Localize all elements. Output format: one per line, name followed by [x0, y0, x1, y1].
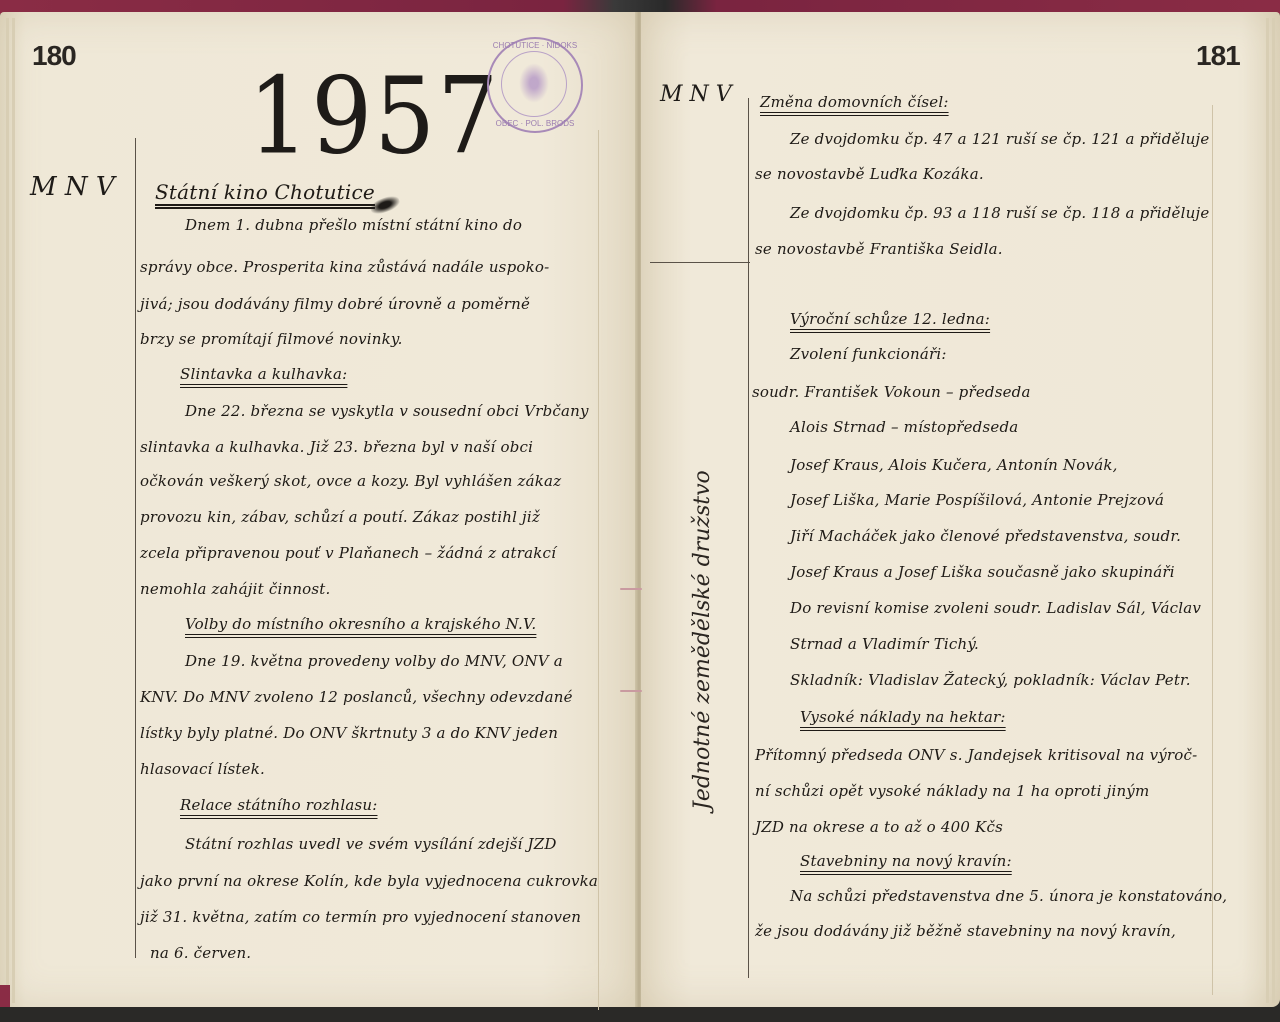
section-heading-house-numbers: Změna domovních čísel:: [760, 93, 949, 111]
margin-note-cooperative: Jednotné zemědělské družstvo: [690, 470, 715, 810]
text-line: Josef Liška, Marie Pospíšilová, Antonie …: [790, 491, 1164, 509]
text-line: jako první na okrese Kolín, kde byla vyj…: [140, 872, 598, 890]
text-line: Ze dvojdomku čp. 47 a 121 ruší se čp. 12…: [790, 130, 1209, 148]
text-line: Do revisní komise zvoleni soudr. Ladisla…: [790, 599, 1201, 617]
text-line: Dne 19. května provedeny volby do MNV, O…: [185, 652, 563, 670]
section-heading-building-materials: Stavebniny na nový kravín:: [800, 852, 1012, 870]
text-line: brzy se promítají filmové novinky.: [140, 330, 403, 348]
year-heading: 1957: [248, 54, 500, 177]
text-line: zcela připravenou pouť v Plaňanech – žád…: [140, 544, 556, 562]
page-number-right: 181: [1196, 40, 1240, 72]
text-line: Přítomný předseda ONV s. Jandejsek kriti…: [755, 746, 1197, 764]
text-line: provozu kin, zábav, schůzí a poutí. Záka…: [140, 508, 540, 526]
text-line: že jsou dodávány již běžně stavebniny na…: [755, 922, 1176, 940]
text-line: správy obce. Prosperita kina zůstává nad…: [140, 258, 549, 276]
text-line: Ze dvojdomku čp. 93 a 118 ruší se čp. 11…: [790, 204, 1209, 222]
text-line: Alois Strnad – místopředseda: [790, 418, 1018, 436]
margin-label-mnv: M N V: [660, 82, 732, 107]
margin-rule: [748, 98, 749, 978]
book-bottom-edge: [0, 1007, 1280, 1022]
text-line: Zvolení funkcionáři:: [790, 345, 947, 363]
margin-divider: [650, 262, 750, 263]
text-line: soudr. František Vokoun – předseda: [752, 383, 1031, 401]
text-line: Josef Kraus, Alois Kučera, Antonín Novák…: [790, 456, 1118, 474]
stamp-crest-icon: [519, 63, 549, 103]
text-line: hlasovací lístek.: [140, 760, 265, 778]
section-heading-cinema: Státní kino Chotutice: [155, 180, 375, 204]
text-line: Dne 22. března se vyskytla v sousední ob…: [185, 402, 589, 420]
cover-corner: [0, 985, 10, 1007]
section-heading-elections: Volby do místního okresního a krajského …: [185, 615, 536, 633]
page-stack-edge: [6, 18, 9, 1003]
text-line: Dnem 1. dubna přešlo místní státní kino …: [185, 216, 522, 234]
right-margin-rule: [598, 130, 599, 1010]
text-line: lístky byly platné. Do ONV škrtnuty 3 a …: [140, 724, 558, 742]
stamp-bottom-text: OBEC · POL. BRODS: [489, 119, 581, 128]
page-stack-edge: [1266, 18, 1269, 1003]
text-line: Skladník: Vladislav Žatecký, pokladník: …: [790, 671, 1191, 689]
stamp-top-text: CHOTUTICE · NIDOKS: [489, 41, 581, 50]
municipal-stamp: CHOTUTICE · NIDOKS OBEC · POL. BRODS: [487, 37, 583, 133]
text-line: Josef Kraus a Josef Liška současně jako …: [790, 563, 1175, 581]
text-line: JZD na okrese a to až o 400 Kčs: [755, 818, 1003, 836]
margin-rule: [135, 138, 136, 958]
text-line: již 31. května, zatím co termín pro vyje…: [140, 908, 581, 926]
text-line: ní schůzi opět vysoké náklady na 1 ha op…: [755, 782, 1149, 800]
section-heading-radio: Relace státního rozhlasu:: [180, 796, 378, 814]
page-stack-edge: [12, 18, 15, 1003]
binding-thread: [620, 690, 642, 692]
text-line: jivá; jsou dodávány filmy dobré úrovně a…: [140, 295, 530, 313]
text-line: slintavka a kulhavka. Již 23. března byl…: [140, 438, 533, 456]
text-line: nemohla zahájit činnost.: [140, 580, 331, 598]
binding-thread: [620, 588, 642, 590]
margin-label-mnv: M N V: [30, 172, 115, 202]
text-line: na 6. červen.: [150, 944, 251, 962]
page-stack-edge: [1272, 18, 1275, 1003]
text-line: Jiří Macháček jako členové představenstv…: [790, 527, 1181, 545]
section-heading-costs: Vysoké náklady na hektar:: [800, 708, 1006, 726]
text-line: Na schůzi představenstva dne 5. února je…: [790, 887, 1227, 905]
text-line: očkován veškerý skot, ovce a kozy. Byl v…: [140, 472, 561, 490]
section-heading-annual-meeting: Výroční schůze 12. ledna:: [790, 310, 990, 328]
text-line: se novostavbě Františka Seidla.: [755, 240, 1003, 258]
section-heading-disease: Slintavka a kulhavka:: [180, 365, 347, 383]
text-line: KNV. Do MNV zvoleno 12 poslanců, všechny…: [140, 688, 573, 706]
text-line: se novostavbě Luďka Kozáka.: [755, 165, 984, 183]
text-line: Státní rozhlas uvedl ve svém vysílání zd…: [185, 835, 557, 853]
page-number-left: 180: [32, 40, 76, 72]
text-line: Strnad a Vladimír Tichý.: [790, 635, 979, 653]
right-margin-rule: [1212, 105, 1213, 995]
